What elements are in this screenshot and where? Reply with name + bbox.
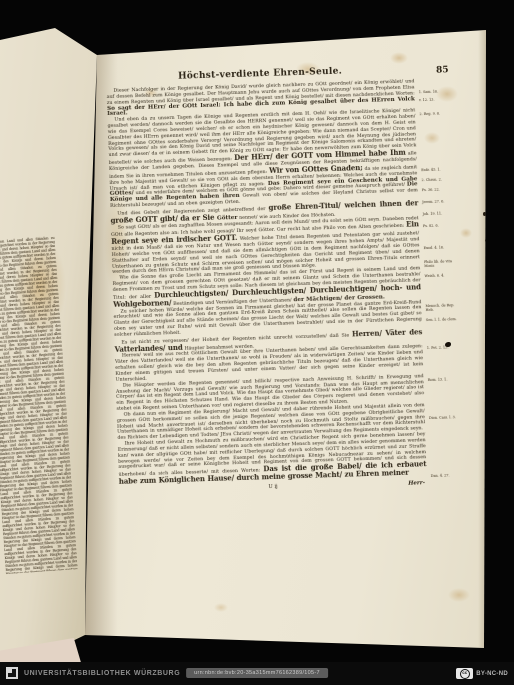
body-paragraph: Ihre Hoheit und Gewalt zu Hochmuth zu mi…: [118, 432, 427, 487]
foxing-stain: [460, 228, 472, 238]
left-page-edge: dem gantzen Land und allen Ständen zu gu…: [0, 26, 100, 668]
viewer-canvas: dem gantzen Land und allen Ständen zu gu…: [0, 0, 514, 685]
marginal-note: Rom. 13. 1.: [428, 378, 466, 383]
signature-mark: U ij: [268, 484, 277, 490]
body-paragraph: Und eben da zu unsern Tagen die Könige u…: [107, 109, 418, 210]
library-wordmark[interactable]: UNIVERSITÄTSBIBLIOTHEK WÜRZBURG: [24, 670, 180, 677]
marginalia-column: 1. Sam. 16.v. 12. 13.2. Reg. 9. 6.Esdr. …: [418, 78, 469, 488]
foxing-stain: [390, 52, 408, 64]
edge-mark: [485, 239, 488, 242]
marginal-note: Weish. 6. 4.: [424, 274, 462, 279]
marginal-note: Dan. 4. 27.: [431, 474, 469, 479]
text-block: Höchst-verdiente Ehren-Seule. 85 Dieser …: [106, 63, 469, 498]
marginal-note: Exod. 4. 16.: [424, 246, 462, 251]
marginal-note: Philo lib. de vita Mosis: [424, 260, 462, 269]
edge-mark: [483, 212, 486, 216]
marginal-note: Ps. 36. 22.: [422, 188, 460, 193]
cc-license-badge[interactable]: cc BY-NC-ND: [456, 668, 508, 679]
page-edge-shadow: [478, 28, 486, 650]
cc-license-icon: cc: [456, 668, 473, 679]
page-number: 85: [436, 65, 449, 75]
marginal-note: Ps. 82. 6.: [423, 224, 461, 229]
cc-license-label: BY-NC-ND: [476, 671, 508, 677]
marginal-note: Esdr. 45. 1.: [421, 168, 459, 173]
marginal-note: Joh. 19. 11.: [423, 212, 461, 217]
marginal-note: 1. Pet. 2. 13.: [427, 346, 465, 351]
marginal-note: Menoch. de Rep. Heb.: [425, 304, 463, 313]
book-page-scan: Höchst-verdiente Ehren-Seule. 85 Dieser …: [84, 28, 490, 650]
catchword: Herr-: [408, 480, 425, 487]
urn-watermark: urn:nbn:de:bvb:20-35a315mm76162389/105-7: [186, 668, 328, 678]
marginal-note: 2. Reg. 9. 6.: [419, 112, 457, 117]
cc-circle-glyph: cc: [460, 669, 470, 679]
marginal-note: 1. Sam. 16.: [419, 90, 457, 95]
foxing-stain: [448, 588, 470, 602]
marginal-note: Jerem. 27. 6.: [422, 200, 460, 205]
body-text: Dieser Nachfolger in der Regierung der K…: [106, 79, 426, 486]
foxing-stain: [214, 603, 228, 612]
library-logo-core: [8, 669, 12, 673]
marginal-note: Sen. l. 1. de clem.: [426, 318, 464, 323]
marginal-note: 2. Chron. 2.: [421, 178, 459, 183]
viewer-bottom-bar: UNIVERSITÄTSBIBLIOTHEK WÜRZBURG urn:nbn:…: [0, 662, 514, 685]
marginal-note: v. 12. 13.: [419, 98, 457, 103]
marginal-note: Dion. Cass. l. 3.: [429, 416, 467, 421]
library-logo-icon[interactable]: [6, 667, 18, 679]
body-column: Dieser Nachfolger in der Regierung der K…: [106, 79, 427, 497]
